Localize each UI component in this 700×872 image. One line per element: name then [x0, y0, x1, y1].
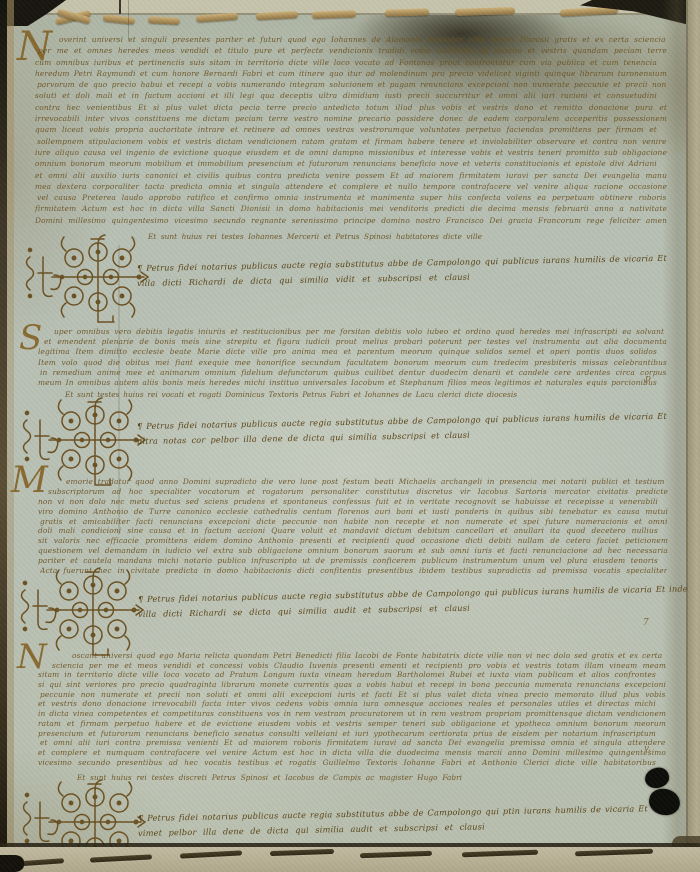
script-line: sitam in territorio dicte ville loco voc… [38, 670, 656, 680]
script-line: subscriptorum ad hoc specialiter vocator… [48, 487, 668, 497]
script-line: peccunie non numerate et precii non solu… [40, 690, 665, 700]
script-line: quam liceat vobis propria auctoritate in… [35, 124, 657, 135]
script-line: per me et omnes heredes meos vendidi et … [38, 45, 667, 56]
script-line: cum omnibus iuribus et pertinenciis suis… [35, 57, 657, 68]
margin-pen-mark: v. [644, 744, 651, 754]
script-line: sit valoris nec efficacie promittens eid… [38, 536, 668, 546]
right-sheet-strip [686, 0, 700, 872]
script-line: contra hec venientibus Et si plus valet … [35, 102, 667, 113]
script-line: et omni alii iuri contra premissa venien… [40, 738, 665, 748]
parchment-page: N overint universi et singuli presentes … [0, 0, 700, 872]
script-line: sollempnem stipulacionem vobis et vestri… [37, 136, 666, 147]
script-line: et complere et numquam contrafacere vel … [38, 748, 666, 758]
left-edge-highlight [7, 0, 14, 872]
script-line: viro domino Anthonio de Turre canonico e… [38, 507, 668, 517]
script-line: doli mali condicioni sine causa et in fa… [38, 526, 658, 536]
script-line: soluti et doli mali et in factum accioni… [35, 90, 657, 101]
margin-pen-mark: 7 [643, 618, 649, 628]
script-line: in remedium anime mee et animarum omnium… [40, 368, 666, 378]
paragraph-1-closing-line: Et sunt huius rei testes Iohannes Mercer… [148, 231, 482, 242]
script-line: Domini millesimo quingentesimo vicesimo … [35, 215, 667, 226]
script-line: parvorum de quo precio habui et recepi a… [37, 79, 666, 90]
script-line: presencium et futurorum renuncians benef… [38, 729, 656, 739]
script-line: in dicta vinea competentes et competitur… [38, 709, 666, 719]
script-line: gratis et amicabiliter facti renuncians … [40, 517, 667, 527]
notarial-subscription-line: ¶ Petrus fidei notarius publicus aucte r… [137, 410, 667, 432]
script-line: et emendent plenarie de bonis meis sine … [44, 337, 667, 347]
notarial-subscription-line: villa dicti Richardi de dicta qui simili… [137, 271, 470, 289]
notarial-subscription-line: ¶ Petrus fidei notarius publicus aucte r… [138, 582, 688, 605]
notarial-subscription-line: ¶ Petrus fidei notarius publicus aucte r… [138, 802, 648, 824]
script-line: sciencia per me et meos vendidi et conce… [52, 661, 666, 671]
script-line: vicesimo secundo presentibus ad hec voca… [38, 758, 656, 768]
left-sheet-edge [0, 0, 7, 872]
script-line: heredum Petri Raymundi et cum honore Ber… [35, 68, 667, 79]
script-line: et omni alii auxilio iuris canonici et c… [35, 170, 667, 181]
script-line: overint universi et singuli presentes pa… [59, 34, 666, 45]
notary-sign-icon [18, 231, 150, 331]
margin-pen-mark: p [645, 374, 651, 384]
paragraph-3: emorie tradatur quod anno Domini supradi… [38, 477, 668, 576]
script-line: firmitatem Actum est hoc in dicta villa … [35, 203, 667, 214]
notarial-subscription-line: vimet pelbor illa dene de dicta qui simi… [138, 820, 485, 839]
paragraph-1: overint universi et singuli presentes pa… [35, 34, 667, 226]
script-line: mea dextera corporaliter tacta predicta … [35, 181, 667, 192]
script-line: ratam et firmam perpetuo habere et de ev… [38, 719, 666, 729]
notarial-subscription-line: villa dicti Richardi se dicta qui simili… [138, 602, 470, 620]
script-line: meum In omnibus autem aliis bonis meis h… [38, 378, 657, 388]
stitch-lace [148, 16, 180, 25]
notarial-subscription-line: ultra notas cor pelbor illa dene de dict… [137, 429, 470, 447]
crease-line [119, 0, 121, 14]
script-line: si qui sint veriores pro precio quadragi… [38, 680, 666, 690]
notarial-subscription-line: ¶ Petrus fidei notarius publicus aucte r… [137, 252, 667, 274]
script-line: omnium bonorum meorum mobilium et immobi… [35, 158, 657, 169]
paragraph-2: uper omnibus vero debitis legatis iniuri… [38, 327, 667, 388]
script-line: Item volo quod die obitus mei fiant exeq… [38, 358, 667, 368]
script-line: irrevocabili inter vivos constituens me … [35, 113, 667, 124]
script-line: legitima Item dimitto ecclesie beate Mar… [38, 347, 657, 357]
script-line: uper omnibus vero debitis legatis iniuri… [54, 327, 664, 337]
stitch-lace [385, 8, 429, 17]
script-line: et vestris dono donacione irrevocabili f… [38, 699, 656, 709]
script-line: non vi non dolo nec metu ductus sed scie… [38, 497, 658, 507]
paragraph-4: oscant universi quod ego Maria relicta q… [38, 651, 666, 767]
script-line: questionem vel demandam in iudicio vel e… [38, 546, 668, 556]
stitch-lace [103, 14, 136, 24]
dark-corner-bottom-left [0, 855, 24, 872]
stitch-lace [312, 10, 356, 19]
script-line: vel causa Preterea laudo approbo ratific… [37, 192, 666, 203]
script-line: oscant universi quod ego Maria relicta q… [72, 651, 662, 661]
stitch-lace [196, 13, 238, 23]
stitch-lace [256, 11, 298, 20]
script-line: iure aliquo causa vel ingenio de evictio… [35, 147, 667, 158]
script-line: emorie tradatur quod anno Domini supradi… [66, 477, 665, 487]
